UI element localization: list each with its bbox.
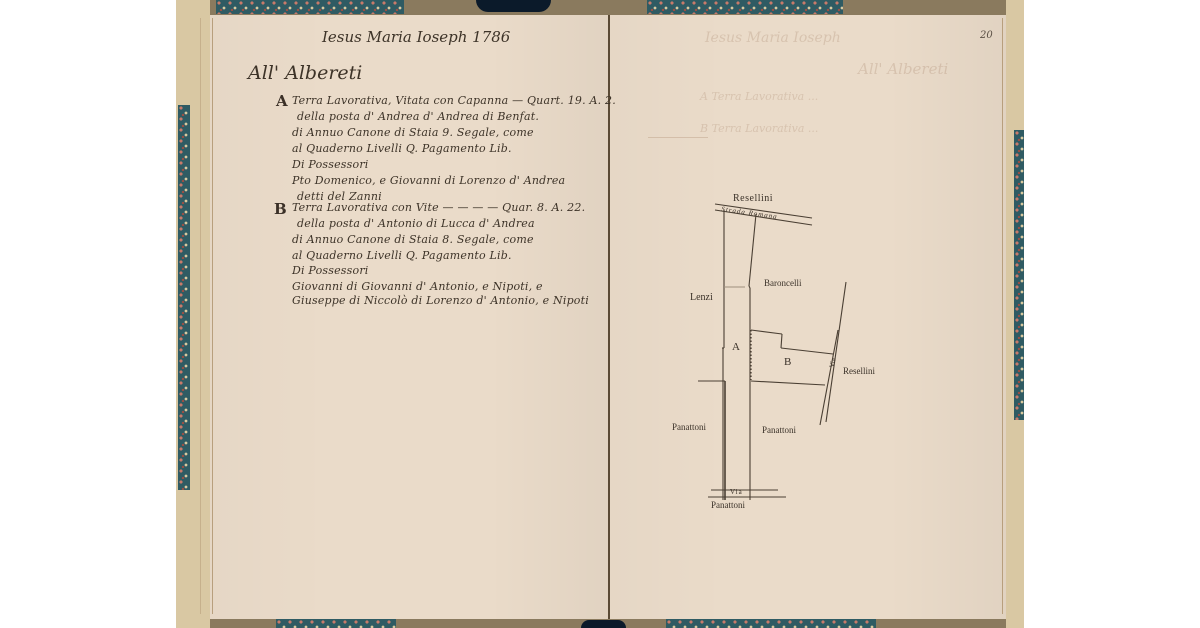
map-label-via-bottom: Via <box>730 488 743 496</box>
map-label-via-right: Via <box>828 357 838 368</box>
map-label-owner-lenzi: Lenzi <box>690 292 713 303</box>
map-label-owner-resellini-top: Resellini <box>733 193 773 204</box>
map-label-owner-panattoni-bottom: Panattoni <box>711 500 745 510</box>
map-label-owner-panattoni-left: Panattoni <box>672 422 706 432</box>
map-label-owner-baroncelli: Baroncelli <box>764 278 802 288</box>
map-label-parcel-b: B <box>784 356 791 368</box>
parcel-map <box>0 0 1200 628</box>
map-label-owner-panattoni-middle: Panattoni <box>762 425 796 435</box>
map-label-owner-resellini-right: Resellini <box>843 366 875 376</box>
map-label-parcel-a: A <box>732 341 740 353</box>
